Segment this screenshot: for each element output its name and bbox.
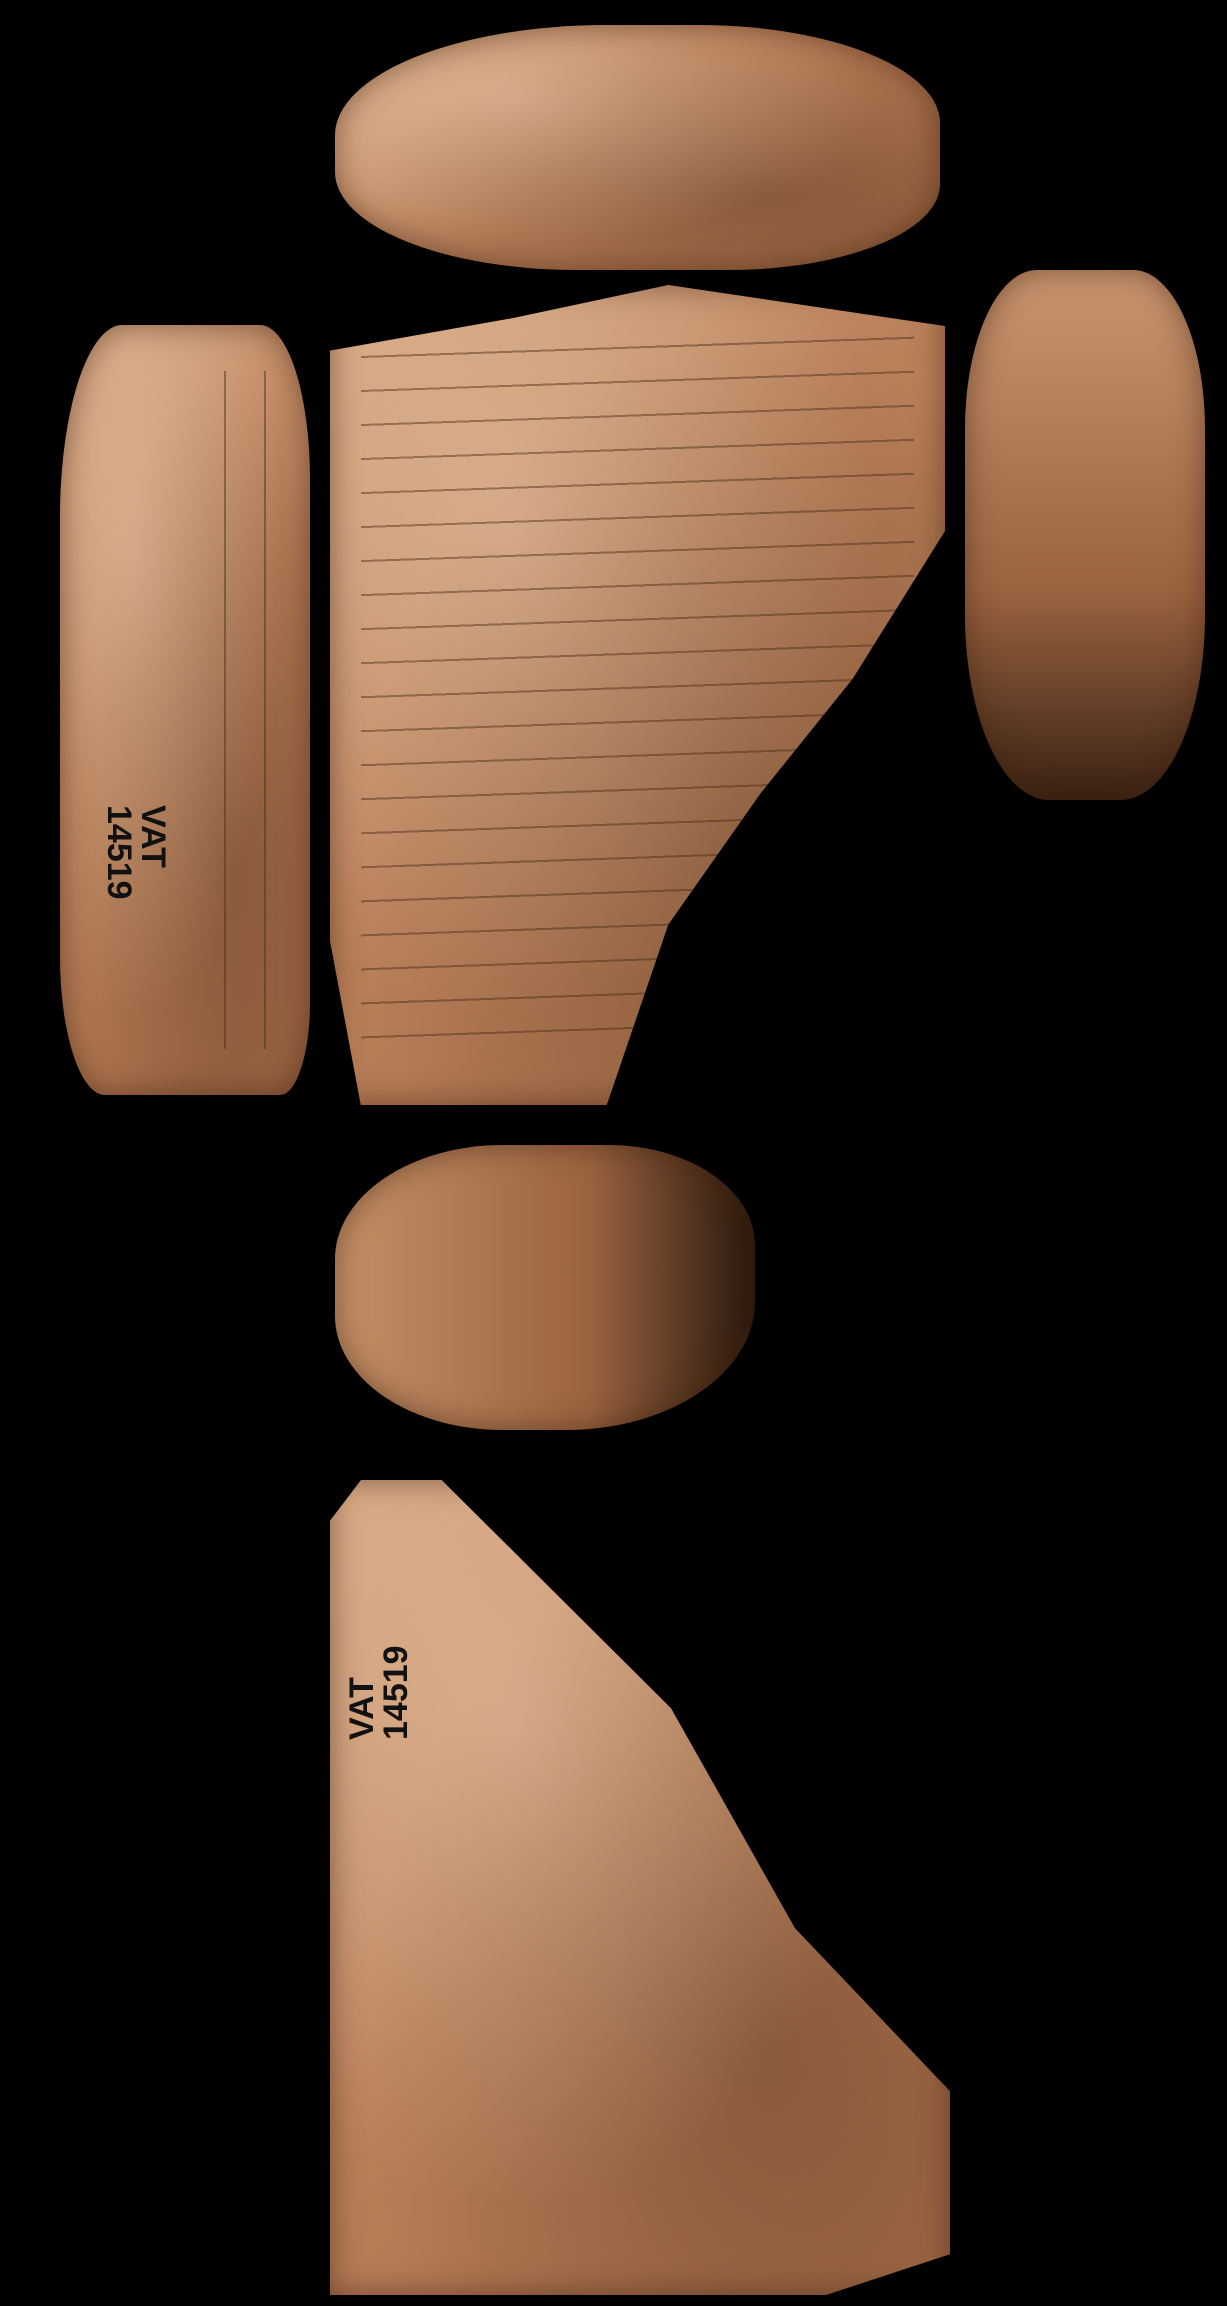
obverse-face [330,285,945,1105]
reverse-face: VAT 14519 [330,1480,950,2295]
museum-number-label: VAT 14519 [345,1645,413,1740]
top-edge-face [335,25,940,270]
bottom-edge-face [335,1145,755,1430]
left-edge-face: VAT 14519 [60,325,310,1095]
museum-number-label: VAT 14519 [102,805,170,900]
right-edge-face [965,270,1205,800]
